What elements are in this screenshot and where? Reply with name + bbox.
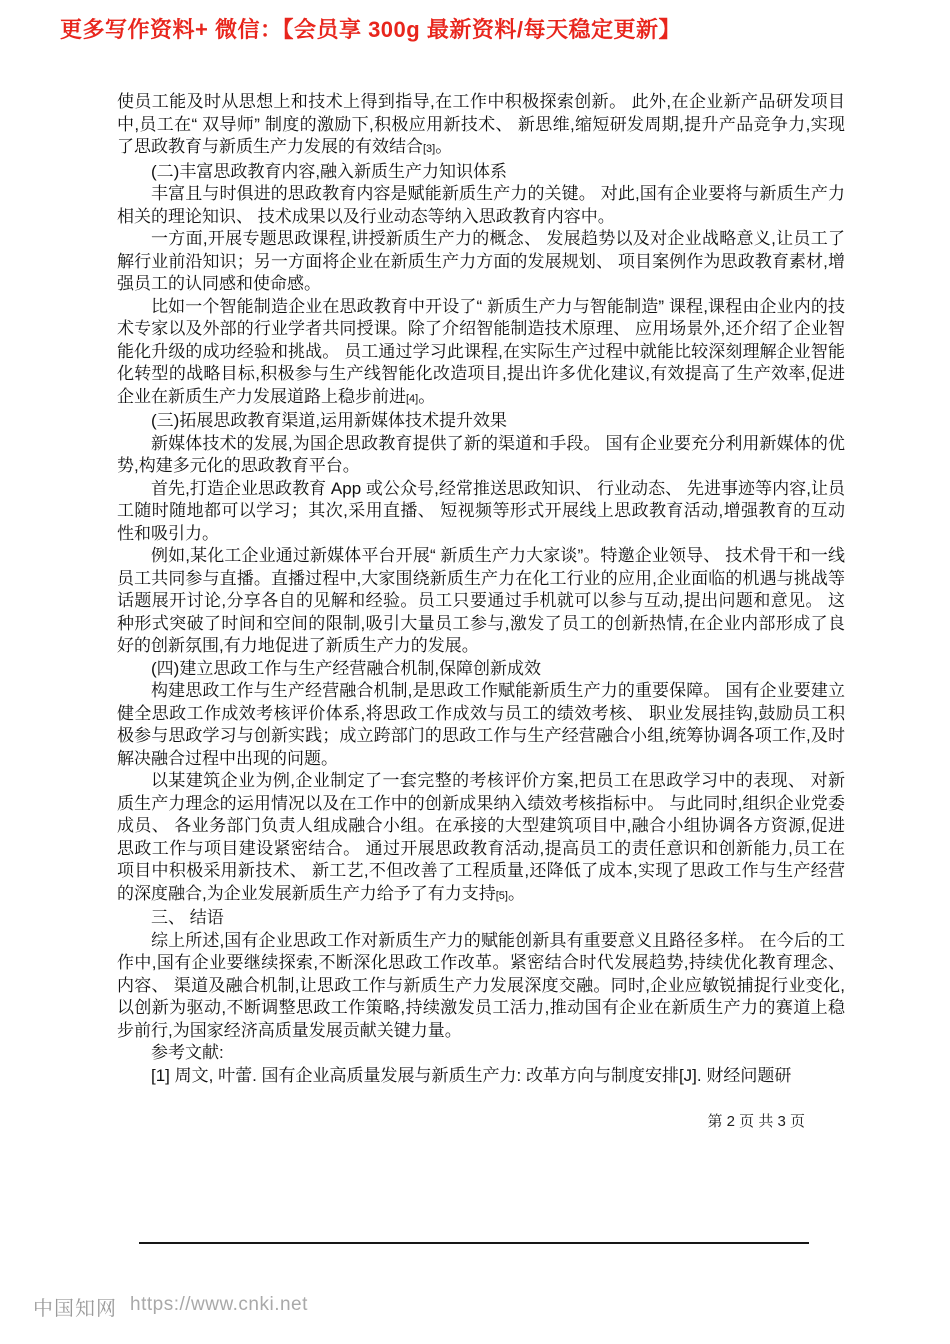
- paragraph: 综上所述,国有企业思政工作对新质生产力的赋能创新具有重要意义且路径多样。 在今后…: [117, 930, 845, 1043]
- paragraph: 参考文献:: [117, 1042, 845, 1065]
- paragraph: 丰富且与时俱进的思政教育内容是赋能新质生产力的关键。 对此,国有企业要将与新质生…: [117, 183, 845, 228]
- document-body: 使员工能及时从思想上和技术上得到指导,在工作中积极探索创新。 此外,在企业新产品…: [117, 91, 845, 1087]
- paragraph: [1] 周文, 叶蕾. 国有企业高质量发展与新质生产力: 改革方向与制度安排[J…: [117, 1065, 845, 1088]
- paragraph: 使员工能及时从思想上和技术上得到指导,在工作中积极探索创新。 此外,在企业新产品…: [117, 91, 845, 161]
- paragraph: 例如,某化工企业通过新媒体平台开展“ 新质生产力大家谈”。特邀企业领导、 技术骨…: [117, 545, 845, 658]
- paragraph: 三、 结语: [117, 907, 845, 930]
- paragraph: 首先,打造企业思政教育 App 或公众号,经常推送思政知识、 行业动态、 先进事…: [117, 478, 845, 546]
- paragraph: (四)建立思政工作与生产经营融合机制,保障创新成效: [117, 658, 845, 681]
- citation-marker: [5]: [496, 890, 508, 902]
- paragraph: (二)丰富思政教育内容,融入新质生产力知识体系: [117, 161, 845, 184]
- cnki-url-watermark: https://www.cnki.net: [130, 1294, 308, 1316]
- citation-marker: [4]: [406, 393, 418, 405]
- paragraph: 以某建筑企业为例,企业制定了一套完整的考核评价方案,把员工在思政学习中的表现、 …: [117, 770, 845, 907]
- paragraph: (三)拓展思政教育渠道,运用新媒体技术提升效果: [117, 410, 845, 433]
- paragraph: 比如一个智能制造企业在思政教育中开设了“ 新质生产力与智能制造” 课程,课程由企…: [117, 296, 845, 411]
- citation-marker: [3]: [423, 143, 435, 155]
- paragraph: 新媒体技术的发展,为国企思政教育提供了新的渠道和手段。 国有企业要充分利用新媒体…: [117, 433, 845, 478]
- footer-divider: [139, 1242, 809, 1244]
- page-number: 第 2 页 共 3 页: [117, 1110, 805, 1131]
- promo-banner: 更多写作资料+ 微信：【会员享 300g 最新资料/每天稳定更新】: [60, 13, 681, 44]
- paragraph: 构建思政工作与生产经营融合机制,是思政工作赋能新质生产力的重要保障。 国有企业要…: [117, 680, 845, 770]
- cnki-brand-watermark: 中国知网: [33, 1292, 117, 1321]
- paragraph: 一方面,开展专题思政课程,讲授新质生产力的概念、 发展趋势以及对企业战略意义,让…: [117, 228, 845, 296]
